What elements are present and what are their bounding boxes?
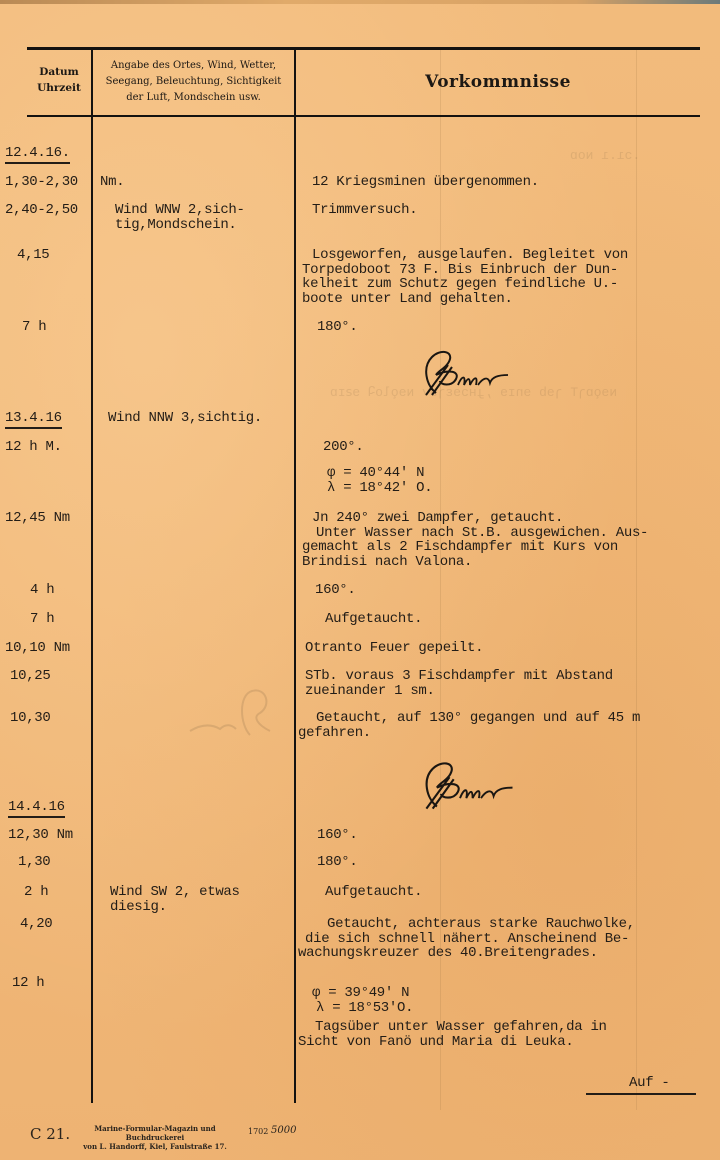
printer-imprint: Marine-Formular-Magazin und Buchdruckere…: [75, 1124, 235, 1151]
form-number: C 21.: [30, 1125, 70, 1143]
entry-time: 12,30 Nm: [8, 828, 73, 842]
column-divider-ort: [294, 49, 296, 1103]
entry-event: Torpedoboot 73 F. Bis Einbruch der Dun-: [302, 263, 618, 277]
entry-event: 180°.: [317, 320, 358, 334]
entry-time: 10,25: [10, 669, 51, 683]
header-datum: Datum Uhrzeit: [27, 64, 91, 96]
entry-event: Tagsüber unter Wasser gefahren,da in: [315, 1020, 607, 1034]
entry-event: λ = 18°53'O.: [316, 1001, 413, 1015]
entry-event: Unter Wasser nach St.B. ausgewichen. Aus…: [316, 526, 648, 540]
entry-date: 14.4.16: [8, 800, 65, 818]
entry-time: 4,15: [17, 248, 49, 262]
entry-event: Getaucht, auf 130° gegangen und auf 45 m: [316, 711, 640, 725]
header-ort: Angabe des Ortes, Wind, Wetter, Seegang,…: [93, 58, 294, 106]
continuation-underline: [586, 1093, 696, 1095]
entry-event: STb. voraus 3 Fischdampfer mit Abstand: [305, 669, 613, 683]
entry-event: Aufgetaucht.: [325, 885, 422, 899]
signature-becker: [418, 755, 523, 815]
entry-place-weather: Nm.: [100, 175, 124, 189]
header-ort-line: Seegang, Beleuchtung, Sichtigkeit: [93, 74, 294, 90]
entry-event: φ = 40°44' N: [327, 466, 424, 480]
entry-event: boote unter Land gehalten.: [302, 292, 513, 306]
bleed-through-text: .ɔı.ı ɴoɒ: [570, 148, 640, 163]
entry-event: Sicht von Fanö und Maria di Leuka.: [298, 1035, 573, 1049]
header-vorkommnisse: Vorkommnisse: [296, 72, 700, 92]
entry-date: 13.4.16: [5, 411, 62, 429]
printer-line: Marine-Formular-Magazin und Buchdruckere…: [75, 1124, 235, 1142]
entry-event: Brindisi nach Valona.: [302, 555, 472, 569]
entry-event: die sich schnell nähert. Anscheinend Be-: [305, 932, 629, 946]
header-ort-line: Angabe des Ortes, Wind, Wetter,: [93, 58, 294, 74]
print-run: 5000: [271, 1125, 296, 1136]
entry-time: 2,40-2,50: [5, 203, 78, 217]
entry-time: 12 h: [12, 976, 44, 990]
entry-place-weather: Wind SW 2, etwas: [110, 885, 240, 899]
entry-time: 2 h: [24, 885, 48, 899]
entry-event: 12 Kriegsminen übergenommen.: [312, 175, 539, 189]
header-datum-line: Datum: [27, 64, 91, 80]
entry-event: 160°.: [315, 583, 356, 597]
entry-event: φ = 39°49' N: [312, 986, 409, 1000]
entry-event: gefahren.: [298, 726, 371, 740]
entry-event: kelheit zum Schutz gegen feindliche U.-: [302, 277, 618, 291]
entry-time: 10,30: [10, 711, 51, 725]
print-code: 1702: [248, 1127, 268, 1136]
entry-place-weather: tig,Mondschein.: [115, 218, 237, 232]
entry-event: gemacht als 2 Fischdampfer mit Kurs von: [302, 540, 618, 554]
printer-line: von L. Handorff, Kiel, Faulstraße 17.: [75, 1142, 235, 1151]
header-uhrzeit-line: Uhrzeit: [27, 80, 91, 96]
bleed-through-signature: [180, 685, 280, 740]
entry-event: Otranto Feuer gepeilt.: [305, 641, 483, 655]
entry-date: 12.4.16.: [5, 146, 70, 164]
entry-time: 7 h: [22, 320, 46, 334]
header-bottom-rule: [27, 115, 700, 117]
entry-time: 1,30: [18, 855, 50, 869]
entry-event: wachungskreuzer des 40.Breitengrades.: [298, 946, 598, 960]
entry-place-weather: diesig.: [110, 900, 167, 914]
entry-time: 4 h: [30, 583, 54, 597]
entry-time: 7 h: [30, 612, 54, 626]
entry-event: λ = 18°42' O.: [327, 481, 432, 495]
entry-time: 12 h M.: [5, 440, 62, 454]
entry-event: Losgeworfen, ausgelaufen. Begleitet von: [312, 248, 628, 262]
entry-event: Jn 240° zwei Dampfer, getaucht.: [312, 511, 563, 525]
entry-event: 200°.: [323, 440, 364, 454]
paper-edge: [0, 0, 720, 4]
entry-place-weather: Wind WNW 2,sich-: [115, 203, 245, 217]
entry-event: zueinander 1 sm.: [305, 684, 435, 698]
continuation-note: Auf -: [629, 1076, 670, 1090]
entry-time: 1,30-2,30: [5, 175, 78, 189]
entry-event: Trimmversuch.: [312, 203, 417, 217]
entry-event: Aufgetaucht.: [325, 612, 422, 626]
header-top-rule: [27, 47, 700, 50]
header-ort-line: der Luft, Mondschein usw.: [93, 90, 294, 106]
entry-event: Getaucht, achteraus starke Rauchwolke,: [327, 917, 635, 931]
entry-event: 180°.: [317, 855, 358, 869]
entry-time: 4,20: [20, 917, 52, 931]
entry-time: 10,10 Nm: [5, 641, 70, 655]
entry-event: 160°.: [317, 828, 358, 842]
column-divider-datum: [91, 49, 93, 1103]
entry-place-weather: Wind NNW 3,sichtig.: [108, 411, 262, 425]
signature-becker: [418, 345, 518, 400]
bleed-through-line: [636, 50, 637, 1110]
entry-time: 12,45 Nm: [5, 511, 70, 525]
